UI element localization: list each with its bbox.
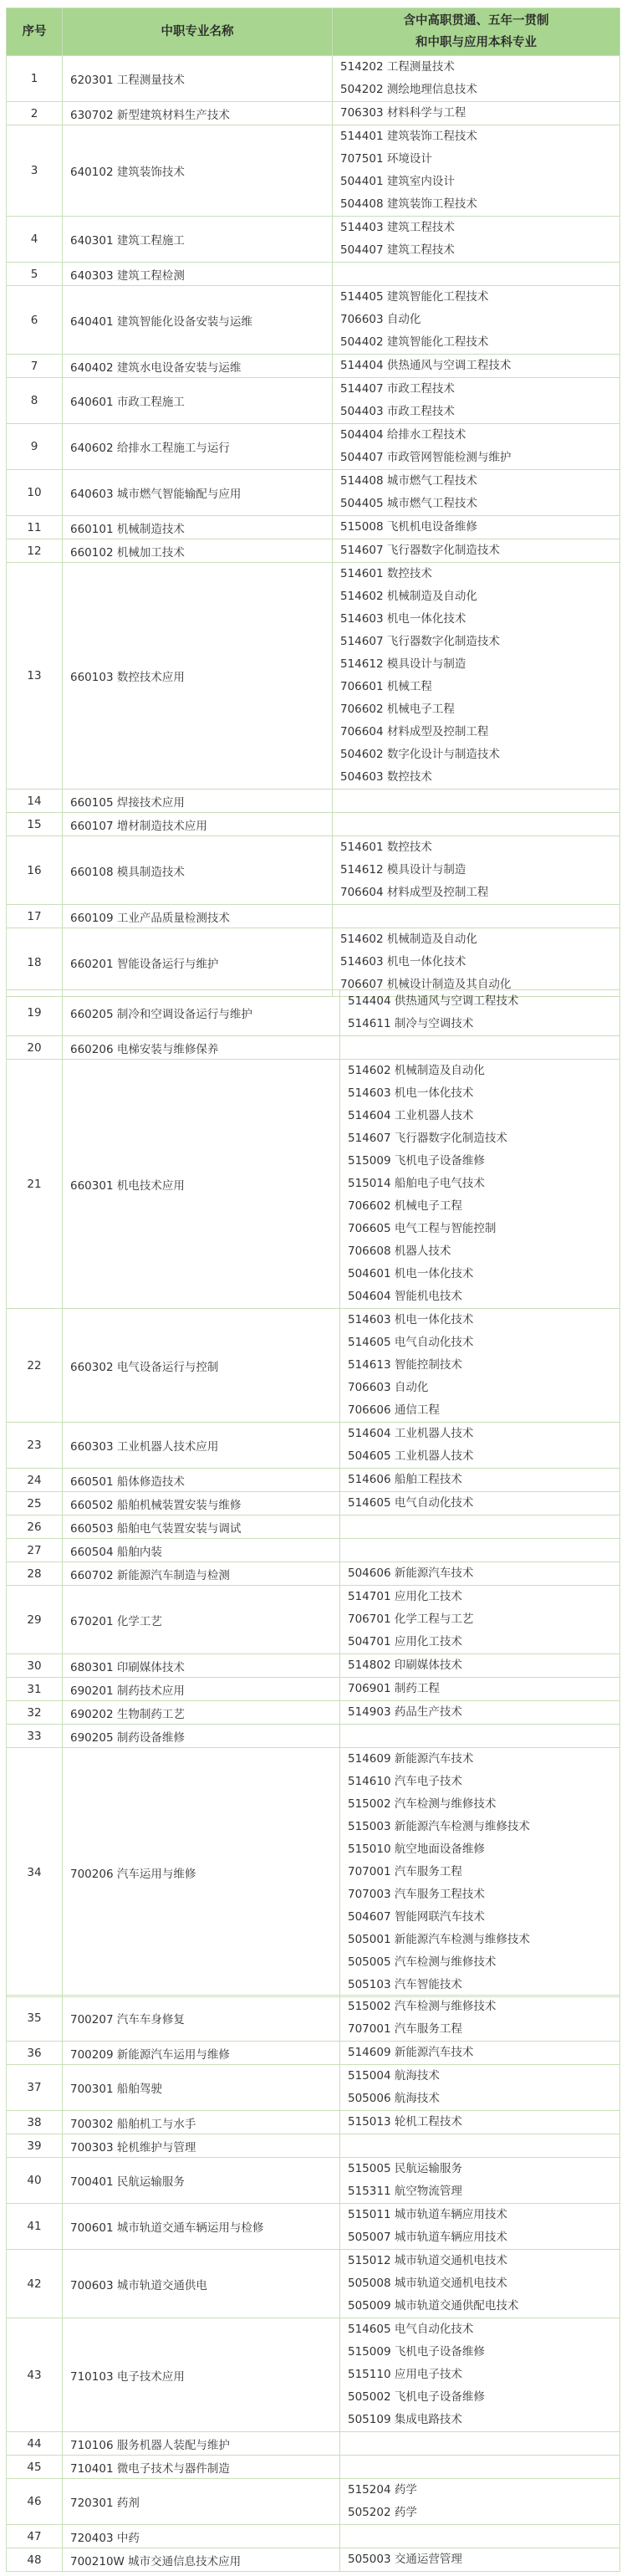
table-row: 6640401 建筑智能化设备安装与运维514405 建筑智能化工程技术7066… — [7, 286, 620, 355]
row-index: 42 — [7, 2250, 63, 2318]
secondary-major-name: 710401 微电子技术与器件制造 — [63, 2456, 340, 2479]
table-row: 35700207 汽车车身修复515002 汽车检测与维修技术707001 汽车… — [7, 1996, 620, 2042]
secondary-major-name: 660101 机械制造技术 — [63, 516, 333, 539]
secondary-major-name: 660206 电梯安装与维修保养 — [63, 1036, 340, 1060]
higher-major-item: 515002 汽车检测与维修技术 — [348, 1996, 619, 2018]
higher-major-item: 515204 药学 — [348, 2479, 619, 2502]
table-row: 1620301 工程测量技术514202 工程测量技术504202 测绘地理信息… — [7, 56, 620, 102]
table-row: 9640602 给排水工程施工与运行504404 给排水工程技术504407 市… — [7, 424, 620, 470]
table-header-row: 序号 中职专业名称 含中高职贯通、五年一贯制 和中职与应用本科专业 — [7, 8, 620, 56]
higher-major-item: 504607 智能网联汽车技术 — [348, 1906, 619, 1929]
higher-major-item: 514613 智能控制技术 — [348, 1354, 619, 1377]
higher-major-item: 706701 化学工程与工艺 — [348, 1608, 619, 1631]
major-mapping-table-part-1: 序号 中职专业名称 含中高职贯通、五年一贯制 和中职与应用本科专业 162030… — [6, 8, 620, 997]
secondary-major-name: 700210W 城市交通信息技术应用 — [63, 2548, 340, 2572]
higher-major-item: 514903 药品生产技术 — [348, 1701, 619, 1724]
table-row: 48700210W 城市交通信息技术应用505003 交通运营管理 — [7, 2548, 620, 2572]
row-index: 31 — [7, 1678, 63, 1701]
higher-major-item: 707003 汽车服务工程技术 — [348, 1883, 619, 1906]
table-row: 41700601 城市轨道交通车辆运用与检修515011 城市轨道车辆应用技术5… — [7, 2204, 620, 2250]
higher-major-item: 504401 建筑室内设计 — [340, 171, 619, 193]
secondary-major-name: 660102 机械加工技术 — [63, 539, 333, 563]
secondary-major-name: 660503 船舶电气装置安装与调试 — [63, 1515, 340, 1539]
header-higher-major: 含中高职贯通、五年一贯制 和中职与应用本科专业 — [333, 8, 620, 56]
row-index: 3 — [7, 125, 63, 217]
table-row: 34700206 汽车运用与维修514609 新能源汽车技术514610 汽车电… — [7, 1748, 620, 1997]
higher-major-item: 505006 航海技术 — [348, 2088, 619, 2110]
table-row: 29670201 化学工艺514701 应用化工技术706701 化学工程与工艺… — [7, 1586, 620, 1654]
higher-major-item: 515012 城市轨道交通机电技术 — [348, 2250, 619, 2272]
secondary-major-name: 660504 船舶内装 — [63, 1539, 340, 1562]
table-row: 47720403 中药 — [7, 2525, 620, 2548]
higher-major-item: 504606 新能源汽车技术 — [348, 1562, 619, 1585]
secondary-major-name: 660205 制冷和空调设备运行与维护 — [63, 990, 340, 1036]
higher-major-item: 514404 供热通风与空调工程技术 — [348, 990, 619, 1013]
row-index: 45 — [7, 2456, 63, 2479]
table-row: 19660205 制冷和空调设备运行与维护514404 供热通风与空调工程技术5… — [7, 990, 620, 1036]
higher-major-item: 505005 汽车检测与维修技术 — [348, 1951, 619, 1974]
row-index: 17 — [7, 905, 63, 928]
secondary-major-name: 680301 印刷媒体技术 — [63, 1654, 340, 1678]
higher-major-list — [333, 790, 620, 813]
table-row: 38700302 船舶机工与水手515013 轮机工程技术 — [7, 2111, 620, 2134]
higher-major-item: 514407 市政工程技术 — [340, 378, 619, 401]
higher-major-item: 514609 新能源汽车技术 — [348, 1748, 619, 1771]
row-index: 2 — [7, 102, 63, 125]
higher-major-item: 504402 建筑智能化工程技术 — [340, 331, 619, 354]
higher-major-item: 514603 机电一体化技术 — [340, 608, 619, 631]
secondary-major-name: 660302 电气设备运行与控制 — [63, 1309, 340, 1423]
higher-major-item: 504605 工业机器人技术 — [348, 1445, 619, 1468]
higher-major-item: 515002 汽车检测与维修技术 — [348, 1793, 619, 1816]
higher-major-item: 514607 飞行器数字化制造技术 — [340, 631, 619, 653]
higher-major-item: 515004 航海技术 — [348, 2065, 619, 2088]
higher-major-list — [340, 2525, 620, 2548]
table-row: 13660103 数控技术应用514601 数控技术514602 机械制造及自动… — [7, 563, 620, 790]
higher-major-list: 514403 建筑工程技术504407 建筑工程技术 — [333, 217, 620, 263]
row-index: 18 — [7, 928, 63, 997]
secondary-major-name: 660108 模具制造技术 — [63, 836, 333, 905]
row-index: 4 — [7, 217, 63, 263]
higher-major-list — [333, 813, 620, 836]
higher-major-item: 514602 机械制造及自动化 — [340, 585, 619, 608]
higher-major-list: 515004 航海技术505006 航海技术 — [340, 2065, 620, 2111]
table-row: 10640603 城市燃气智能输配与应用514408 城市燃气工程技术50440… — [7, 470, 620, 516]
row-index: 44 — [7, 2432, 63, 2456]
higher-major-item: 706605 电气工程与智能控制 — [348, 1218, 619, 1240]
row-index: 21 — [7, 1060, 63, 1309]
row-index: 5 — [7, 263, 63, 286]
higher-major-item: 514601 数控技术 — [340, 836, 619, 859]
higher-major-item: 514603 机电一体化技术 — [348, 1082, 619, 1105]
table-row: 16660108 模具制造技术514601 数控技术514612 模具设计与制造… — [7, 836, 620, 905]
higher-major-item: 707501 环境设计 — [340, 148, 619, 171]
higher-major-item: 514802 印刷媒体技术 — [348, 1654, 619, 1677]
higher-major-item: 706303 材料科学与工程 — [340, 102, 619, 125]
higher-major-list — [340, 1725, 620, 1748]
higher-major-item: 505008 城市轨道交通机电技术 — [348, 2272, 619, 2295]
table-row: 44710106 服务机器人装配与维护 — [7, 2432, 620, 2456]
table-row: 20660206 电梯安装与维修保养 — [7, 1036, 620, 1060]
higher-major-item: 505007 城市轨道车辆应用技术 — [348, 2226, 619, 2249]
table-body: 1620301 工程测量技术514202 工程测量技术504202 测绘地理信息… — [7, 56, 620, 997]
secondary-major-name: 690205 制药设备维修 — [63, 1725, 340, 1748]
higher-major-item: 706603 自动化 — [348, 1377, 619, 1399]
table-row: 7640402 建筑水电设备安装与运维514404 供热通风与空调工程技术 — [7, 355, 620, 378]
higher-major-item: 514612 模具设计与制造 — [340, 653, 619, 676]
row-index: 29 — [7, 1586, 63, 1654]
higher-major-item: 505003 交通运营管理 — [348, 2548, 619, 2571]
secondary-major-name: 700302 船舶机工与水手 — [63, 2111, 340, 2134]
higher-major-list: 514401 建筑装饰工程技术707501 环境设计504401 建筑室内设计5… — [333, 125, 620, 217]
higher-major-item: 504403 市政工程技术 — [340, 401, 619, 423]
higher-major-list: 514601 数控技术514602 机械制造及自动化514603 机电一体化技术… — [333, 563, 620, 790]
higher-major-list: 514701 应用化工技术706701 化学工程与工艺504701 应用化工技术 — [340, 1586, 620, 1654]
higher-major-item: 515003 新能源汽车检测与维修技术 — [348, 1816, 619, 1838]
higher-major-item: 504405 城市燃气工程技术 — [340, 493, 619, 515]
higher-major-list: 706901 制药工程 — [340, 1678, 620, 1701]
higher-major-item: 514604 工业机器人技术 — [348, 1423, 619, 1445]
table-row: 23660303 工业机器人技术应用514604 工业机器人技术504605 工… — [7, 1423, 620, 1469]
secondary-major-name: 660103 数控技术应用 — [63, 563, 333, 790]
higher-major-item: 505202 药学 — [348, 2502, 619, 2524]
higher-major-item: 514605 电气自动化技术 — [348, 1492, 619, 1515]
higher-major-list — [333, 263, 620, 286]
higher-major-item: 504407 建筑工程技术 — [340, 239, 619, 262]
secondary-major-name: 700301 船舶驾驶 — [63, 2065, 340, 2111]
higher-major-item: 706604 材料成型及控制工程 — [340, 882, 619, 904]
higher-major-list: 514602 机械制造及自动化514603 机电一体化技术514604 工业机器… — [340, 1060, 620, 1309]
row-index: 43 — [7, 2318, 63, 2432]
higher-major-item: 514202 工程测量技术 — [340, 56, 619, 79]
higher-major-item: 706603 自动化 — [340, 309, 619, 331]
higher-major-item: 514701 应用化工技术 — [348, 1586, 619, 1608]
higher-major-list: 514605 电气自动化技术 — [340, 1492, 620, 1515]
table-row: 14660105 焊接技术应用 — [7, 790, 620, 813]
secondary-major-name: 660502 船舶机械装置安装与维修 — [63, 1492, 340, 1515]
row-index: 37 — [7, 2065, 63, 2111]
higher-major-item: 514603 机电一体化技术 — [348, 1309, 619, 1331]
row-index: 20 — [7, 1036, 63, 1060]
higher-major-item: 514603 机电一体化技术 — [340, 951, 619, 974]
higher-major-item: 504202 测绘地理信息技术 — [340, 79, 619, 101]
row-index: 46 — [7, 2479, 63, 2525]
row-index: 35 — [7, 1996, 63, 2042]
higher-major-item: 514602 机械制造及自动化 — [348, 1060, 619, 1082]
higher-major-item: 706901 制药工程 — [348, 1678, 619, 1700]
higher-major-list: 706303 材料科学与工程 — [333, 102, 620, 125]
higher-major-item: 514612 模具设计与制造 — [340, 859, 619, 882]
higher-major-list: 514601 数控技术514612 模具设计与制造706604 材料成型及控制工… — [333, 836, 620, 905]
higher-major-list: 515013 轮机工程技术 — [340, 2111, 620, 2134]
table-body: 35700207 汽车车身修复515002 汽车检测与维修技术707001 汽车… — [7, 1996, 620, 2572]
higher-major-list: 515008 飞机机电设备维修 — [333, 516, 620, 539]
higher-major-item: 515005 民航运输服务 — [348, 2158, 619, 2180]
table-row: 43710103 电子技术应用514605 电气自动化技术515009 飞机电子… — [7, 2318, 620, 2432]
higher-major-item: 706608 机器人技术 — [348, 1240, 619, 1263]
secondary-major-name: 700207 汽车车身修复 — [63, 1996, 340, 2042]
header-higher-line2: 和中职与应用本科专业 — [333, 32, 619, 54]
higher-major-list: 514408 城市燃气工程技术504405 城市燃气工程技术 — [333, 470, 620, 516]
row-index: 15 — [7, 813, 63, 836]
secondary-major-name: 700401 民航运输服务 — [63, 2158, 340, 2204]
higher-major-list: 514607 飞行器数字化制造技术 — [333, 539, 620, 563]
secondary-major-name: 700209 新能源汽车运用与维修 — [63, 2042, 340, 2065]
higher-major-item: 515014 船舶电子电气技术 — [348, 1173, 619, 1195]
row-index: 33 — [7, 1725, 63, 1748]
secondary-major-name: 710106 服务机器人装配与维护 — [63, 2432, 340, 2456]
higher-major-item: 515010 航空地面设备维修 — [348, 1838, 619, 1861]
higher-major-item: 505002 飞机电子设备维修 — [348, 2386, 619, 2409]
row-index: 41 — [7, 2204, 63, 2250]
higher-major-item: 514605 电气自动化技术 — [348, 2318, 619, 2341]
higher-major-item: 504604 智能机电技术 — [348, 1285, 619, 1308]
higher-major-item: 514607 飞行器数字化制造技术 — [340, 539, 619, 562]
higher-major-item: 515008 飞机机电设备维修 — [340, 516, 619, 539]
table-row: 17660109 工业产品质量检测技术 — [7, 905, 620, 928]
higher-major-list — [340, 2134, 620, 2158]
higher-major-list — [340, 2456, 620, 2479]
higher-major-item: 514611 制冷与空调技术 — [348, 1013, 619, 1035]
row-index: 32 — [7, 1701, 63, 1725]
higher-major-list: 514602 机械制造及自动化514603 机电一体化技术706607 机械设计… — [333, 928, 620, 997]
secondary-major-name: 700303 轮机维护与管理 — [63, 2134, 340, 2158]
higher-major-item: 514401 建筑装饰工程技术 — [340, 125, 619, 148]
higher-major-item: 514602 机械制造及自动化 — [340, 928, 619, 951]
higher-major-item: 515009 飞机电子设备维修 — [348, 2341, 619, 2364]
higher-major-list: 514202 工程测量技术504202 测绘地理信息技术 — [333, 56, 620, 102]
higher-major-list: 515005 民航运输服务515311 航空物流管理 — [340, 2158, 620, 2204]
table-row: 28660702 新能源汽车制造与检测504606 新能源汽车技术 — [7, 1562, 620, 1586]
secondary-major-name: 630702 新型建筑材料生产技术 — [63, 102, 333, 125]
row-index: 36 — [7, 2042, 63, 2065]
row-index: 38 — [7, 2111, 63, 2134]
higher-major-item: 504701 应用化工技术 — [348, 1631, 619, 1653]
row-index: 14 — [7, 790, 63, 813]
row-index: 28 — [7, 1562, 63, 1586]
secondary-major-name: 720403 中药 — [63, 2525, 340, 2548]
secondary-major-name: 640303 建筑工程检测 — [63, 263, 333, 286]
secondary-major-name: 660303 工业机器人技术应用 — [63, 1423, 340, 1469]
table-row: 12660102 机械加工技术514607 飞行器数字化制造技术 — [7, 539, 620, 563]
higher-major-list: 514603 机电一体化技术514605 电气自动化技术514613 智能控制技… — [340, 1309, 620, 1423]
table-row: 39700303 轮机维护与管理 — [7, 2134, 620, 2158]
higher-major-item: 505103 汽车智能技术 — [348, 1974, 619, 1996]
secondary-major-name: 640601 市政工程施工 — [63, 378, 333, 424]
table-row: 22660302 电气设备运行与控制514603 机电一体化技术514605 电… — [7, 1309, 620, 1423]
row-index: 40 — [7, 2158, 63, 2204]
table-row: 30680301 印刷媒体技术514802 印刷媒体技术 — [7, 1654, 620, 1678]
table-row: 26660503 船舶电气装置安装与调试 — [7, 1515, 620, 1539]
table-row: 37700301 船舶驾驶515004 航海技术505006 航海技术 — [7, 2065, 620, 2111]
table-row: 5640303 建筑工程检测 — [7, 263, 620, 286]
secondary-major-name: 700206 汽车运用与维修 — [63, 1748, 340, 1997]
major-mapping-table-part-3: 35700207 汽车车身修复515002 汽车检测与维修技术707001 汽车… — [6, 1995, 620, 2572]
row-index: 12 — [7, 539, 63, 563]
table-row: 11660101 机械制造技术515008 飞机机电设备维修 — [7, 516, 620, 539]
higher-major-list: 514606 船舶工程技术 — [340, 1469, 620, 1492]
higher-major-list: 505003 交通运营管理 — [340, 2548, 620, 2572]
higher-major-item: 504404 给排水工程技术 — [340, 424, 619, 447]
higher-major-list: 514407 市政工程技术504403 市政工程技术 — [333, 378, 620, 424]
row-index: 27 — [7, 1539, 63, 1562]
secondary-major-name: 660201 智能设备运行与维护 — [63, 928, 333, 997]
table-row: 15660107 增材制造技术应用 — [7, 813, 620, 836]
secondary-major-name: 660702 新能源汽车制造与检测 — [63, 1562, 340, 1586]
higher-major-item: 514404 供热通风与空调工程技术 — [340, 355, 619, 377]
higher-major-list: 514404 供热通风与空调工程技术514611 制冷与空调技术 — [340, 990, 620, 1036]
higher-major-item: 706604 材料成型及控制工程 — [340, 721, 619, 744]
higher-major-item: 515110 应用电子技术 — [348, 2364, 619, 2386]
higher-major-item: 707001 汽车服务工程 — [348, 2018, 619, 2041]
higher-major-list: 514802 印刷媒体技术 — [340, 1654, 620, 1678]
table-row: 24660501 船体修造技术514606 船舶工程技术 — [7, 1469, 620, 1492]
higher-major-item: 505009 城市轨道交通供配电技术 — [348, 2295, 619, 2318]
higher-major-item: 706606 通信工程 — [348, 1399, 619, 1422]
table-row: 46720301 药剂515204 药学505202 药学 — [7, 2479, 620, 2525]
higher-major-list: 504606 新能源汽车技术 — [340, 1562, 620, 1586]
table-body: 19660205 制冷和空调设备运行与维护514404 供热通风与空调工程技术5… — [7, 990, 620, 1997]
table-row: 2630702 新型建筑材料生产技术706303 材料科学与工程 — [7, 102, 620, 125]
higher-major-item: 505109 集成电路技术 — [348, 2409, 619, 2431]
higher-major-item: 514405 建筑智能化工程技术 — [340, 286, 619, 309]
major-mapping-table-part-2: 19660205 制冷和空调设备运行与维护514404 供热通风与空调工程技术5… — [6, 989, 620, 1997]
higher-major-item: 504601 机电一体化技术 — [348, 1263, 619, 1285]
secondary-major-name: 660301 机电技术应用 — [63, 1060, 340, 1309]
higher-major-item: 515013 轮机工程技术 — [348, 2111, 619, 2134]
higher-major-list: 515002 汽车检测与维修技术707001 汽车服务工程 — [340, 1996, 620, 2042]
row-index: 16 — [7, 836, 63, 905]
table-row: 18660201 智能设备运行与维护514602 机械制造及自动化514603 … — [7, 928, 620, 997]
row-index: 9 — [7, 424, 63, 470]
secondary-major-name: 700603 城市轨道交通供电 — [63, 2250, 340, 2318]
higher-major-list: 514604 工业机器人技术504605 工业机器人技术 — [340, 1423, 620, 1469]
higher-major-item: 504407 市政管网智能检测与维护 — [340, 447, 619, 469]
row-index: 47 — [7, 2525, 63, 2548]
row-index: 34 — [7, 1748, 63, 1997]
header-index: 序号 — [7, 8, 63, 56]
row-index: 25 — [7, 1492, 63, 1515]
higher-major-list: 515012 城市轨道交通机电技术505008 城市轨道交通机电技术505009… — [340, 2250, 620, 2318]
higher-major-item: 505001 新能源汽车检测与维修技术 — [348, 1929, 619, 1951]
higher-major-item: 706601 机械工程 — [340, 676, 619, 698]
table-row: 33690205 制药设备维修 — [7, 1725, 620, 1748]
higher-major-item: 515009 飞机电子设备维修 — [348, 1150, 619, 1173]
secondary-major-name: 640603 城市燃气智能输配与应用 — [63, 470, 333, 516]
secondary-major-name: 620301 工程测量技术 — [63, 56, 333, 102]
row-index: 30 — [7, 1654, 63, 1678]
table-row: 32690202 生物制药工艺514903 药品生产技术 — [7, 1701, 620, 1725]
secondary-major-name: 640402 建筑水电设备安装与运维 — [63, 355, 333, 378]
row-index: 23 — [7, 1423, 63, 1469]
secondary-major-name: 670201 化学工艺 — [63, 1586, 340, 1654]
higher-major-item: 504408 建筑装饰工程技术 — [340, 193, 619, 216]
higher-major-item: 514610 汽车电子技术 — [348, 1771, 619, 1793]
table-row: 4640301 建筑工程施工514403 建筑工程技术504407 建筑工程技术 — [7, 217, 620, 263]
row-index: 22 — [7, 1309, 63, 1423]
higher-major-list: 504404 给排水工程技术504407 市政管网智能检测与维护 — [333, 424, 620, 470]
row-index: 6 — [7, 286, 63, 355]
higher-major-list — [340, 1036, 620, 1060]
secondary-major-name: 660501 船体修造技术 — [63, 1469, 340, 1492]
table-row: 40700401 民航运输服务515005 民航运输服务515311 航空物流管… — [7, 2158, 620, 2204]
row-index: 19 — [7, 990, 63, 1036]
higher-major-item: 514403 建筑工程技术 — [340, 217, 619, 239]
secondary-major-name: 720301 药剂 — [63, 2479, 340, 2525]
higher-major-item: 514609 新能源汽车技术 — [348, 2042, 619, 2064]
secondary-major-name: 640602 给排水工程施工与运行 — [63, 424, 333, 470]
higher-major-list: 514903 药品生产技术 — [340, 1701, 620, 1725]
table-row: 25660502 船舶机械装置安装与维修514605 电气自动化技术 — [7, 1492, 620, 1515]
secondary-major-name: 700601 城市轨道交通车辆运用与检修 — [63, 2204, 340, 2250]
secondary-major-name: 690202 生物制药工艺 — [63, 1701, 340, 1725]
row-index: 1 — [7, 56, 63, 102]
row-index: 7 — [7, 355, 63, 378]
table-row: 36700209 新能源汽车运用与维修514609 新能源汽车技术 — [7, 2042, 620, 2065]
higher-major-item: 514607 飞行器数字化制造技术 — [348, 1127, 619, 1150]
higher-major-item: 504603 数控技术 — [340, 766, 619, 789]
row-index: 26 — [7, 1515, 63, 1539]
row-index: 24 — [7, 1469, 63, 1492]
higher-major-list: 514405 建筑智能化工程技术706603 自动化504402 建筑智能化工程… — [333, 286, 620, 355]
row-index: 8 — [7, 378, 63, 424]
secondary-major-name: 660107 增材制造技术应用 — [63, 813, 333, 836]
higher-major-list — [340, 1515, 620, 1539]
header-secondary-major: 中职专业名称 — [63, 8, 333, 56]
higher-major-item: 514605 电气自动化技术 — [348, 1331, 619, 1354]
row-index: 10 — [7, 470, 63, 516]
row-index: 13 — [7, 563, 63, 790]
secondary-major-name: 660105 焊接技术应用 — [63, 790, 333, 813]
higher-major-list: 515011 城市轨道车辆应用技术505007 城市轨道车辆应用技术 — [340, 2204, 620, 2250]
higher-major-item: 514601 数控技术 — [340, 563, 619, 585]
higher-major-item: 706602 机械电子工程 — [340, 698, 619, 721]
higher-major-item: 515311 航空物流管理 — [348, 2180, 619, 2203]
secondary-major-name: 690201 制药技术应用 — [63, 1678, 340, 1701]
higher-major-item: 514408 城市燃气工程技术 — [340, 470, 619, 493]
table-row: 8640601 市政工程施工514407 市政工程技术504403 市政工程技术 — [7, 378, 620, 424]
table-row: 42700603 城市轨道交通供电515012 城市轨道交通机电技术505008… — [7, 2250, 620, 2318]
row-index: 48 — [7, 2548, 63, 2572]
secondary-major-name: 640102 建筑装饰技术 — [63, 125, 333, 217]
higher-major-list — [340, 2432, 620, 2456]
table-row: 3640102 建筑装饰技术514401 建筑装饰工程技术707501 环境设计… — [7, 125, 620, 217]
row-index: 11 — [7, 516, 63, 539]
higher-major-item: 707001 汽车服务工程 — [348, 1861, 619, 1883]
higher-major-list: 514609 新能源汽车技术 — [340, 2042, 620, 2065]
table-row: 27660504 船舶内装 — [7, 1539, 620, 1562]
table-row: 45710401 微电子技术与器件制造 — [7, 2456, 620, 2479]
higher-major-list: 515204 药学505202 药学 — [340, 2479, 620, 2525]
row-index: 39 — [7, 2134, 63, 2158]
secondary-major-name: 660109 工业产品质量检测技术 — [63, 905, 333, 928]
table-row: 21660301 机电技术应用514602 机械制造及自动化514603 机电一… — [7, 1060, 620, 1309]
table-row: 31690201 制药技术应用706901 制药工程 — [7, 1678, 620, 1701]
secondary-major-name: 640401 建筑智能化设备安装与运维 — [63, 286, 333, 355]
higher-major-list: 514404 供热通风与空调工程技术 — [333, 355, 620, 378]
secondary-major-name: 710103 电子技术应用 — [63, 2318, 340, 2432]
higher-major-item: 515011 城市轨道车辆应用技术 — [348, 2204, 619, 2226]
secondary-major-name: 640301 建筑工程施工 — [63, 217, 333, 263]
higher-major-list: 514605 电气自动化技术515009 飞机电子设备维修515110 应用电子… — [340, 2318, 620, 2432]
higher-major-item: 504602 数字化设计与制造技术 — [340, 744, 619, 766]
higher-major-list: 514609 新能源汽车技术514610 汽车电子技术515002 汽车检测与维… — [340, 1748, 620, 1997]
header-higher-line1: 含中高职贯通、五年一贯制 — [333, 10, 619, 32]
higher-major-item: 514606 船舶工程技术 — [348, 1469, 619, 1491]
higher-major-list — [340, 1539, 620, 1562]
higher-major-list — [333, 905, 620, 928]
higher-major-item: 514604 工业机器人技术 — [348, 1105, 619, 1127]
